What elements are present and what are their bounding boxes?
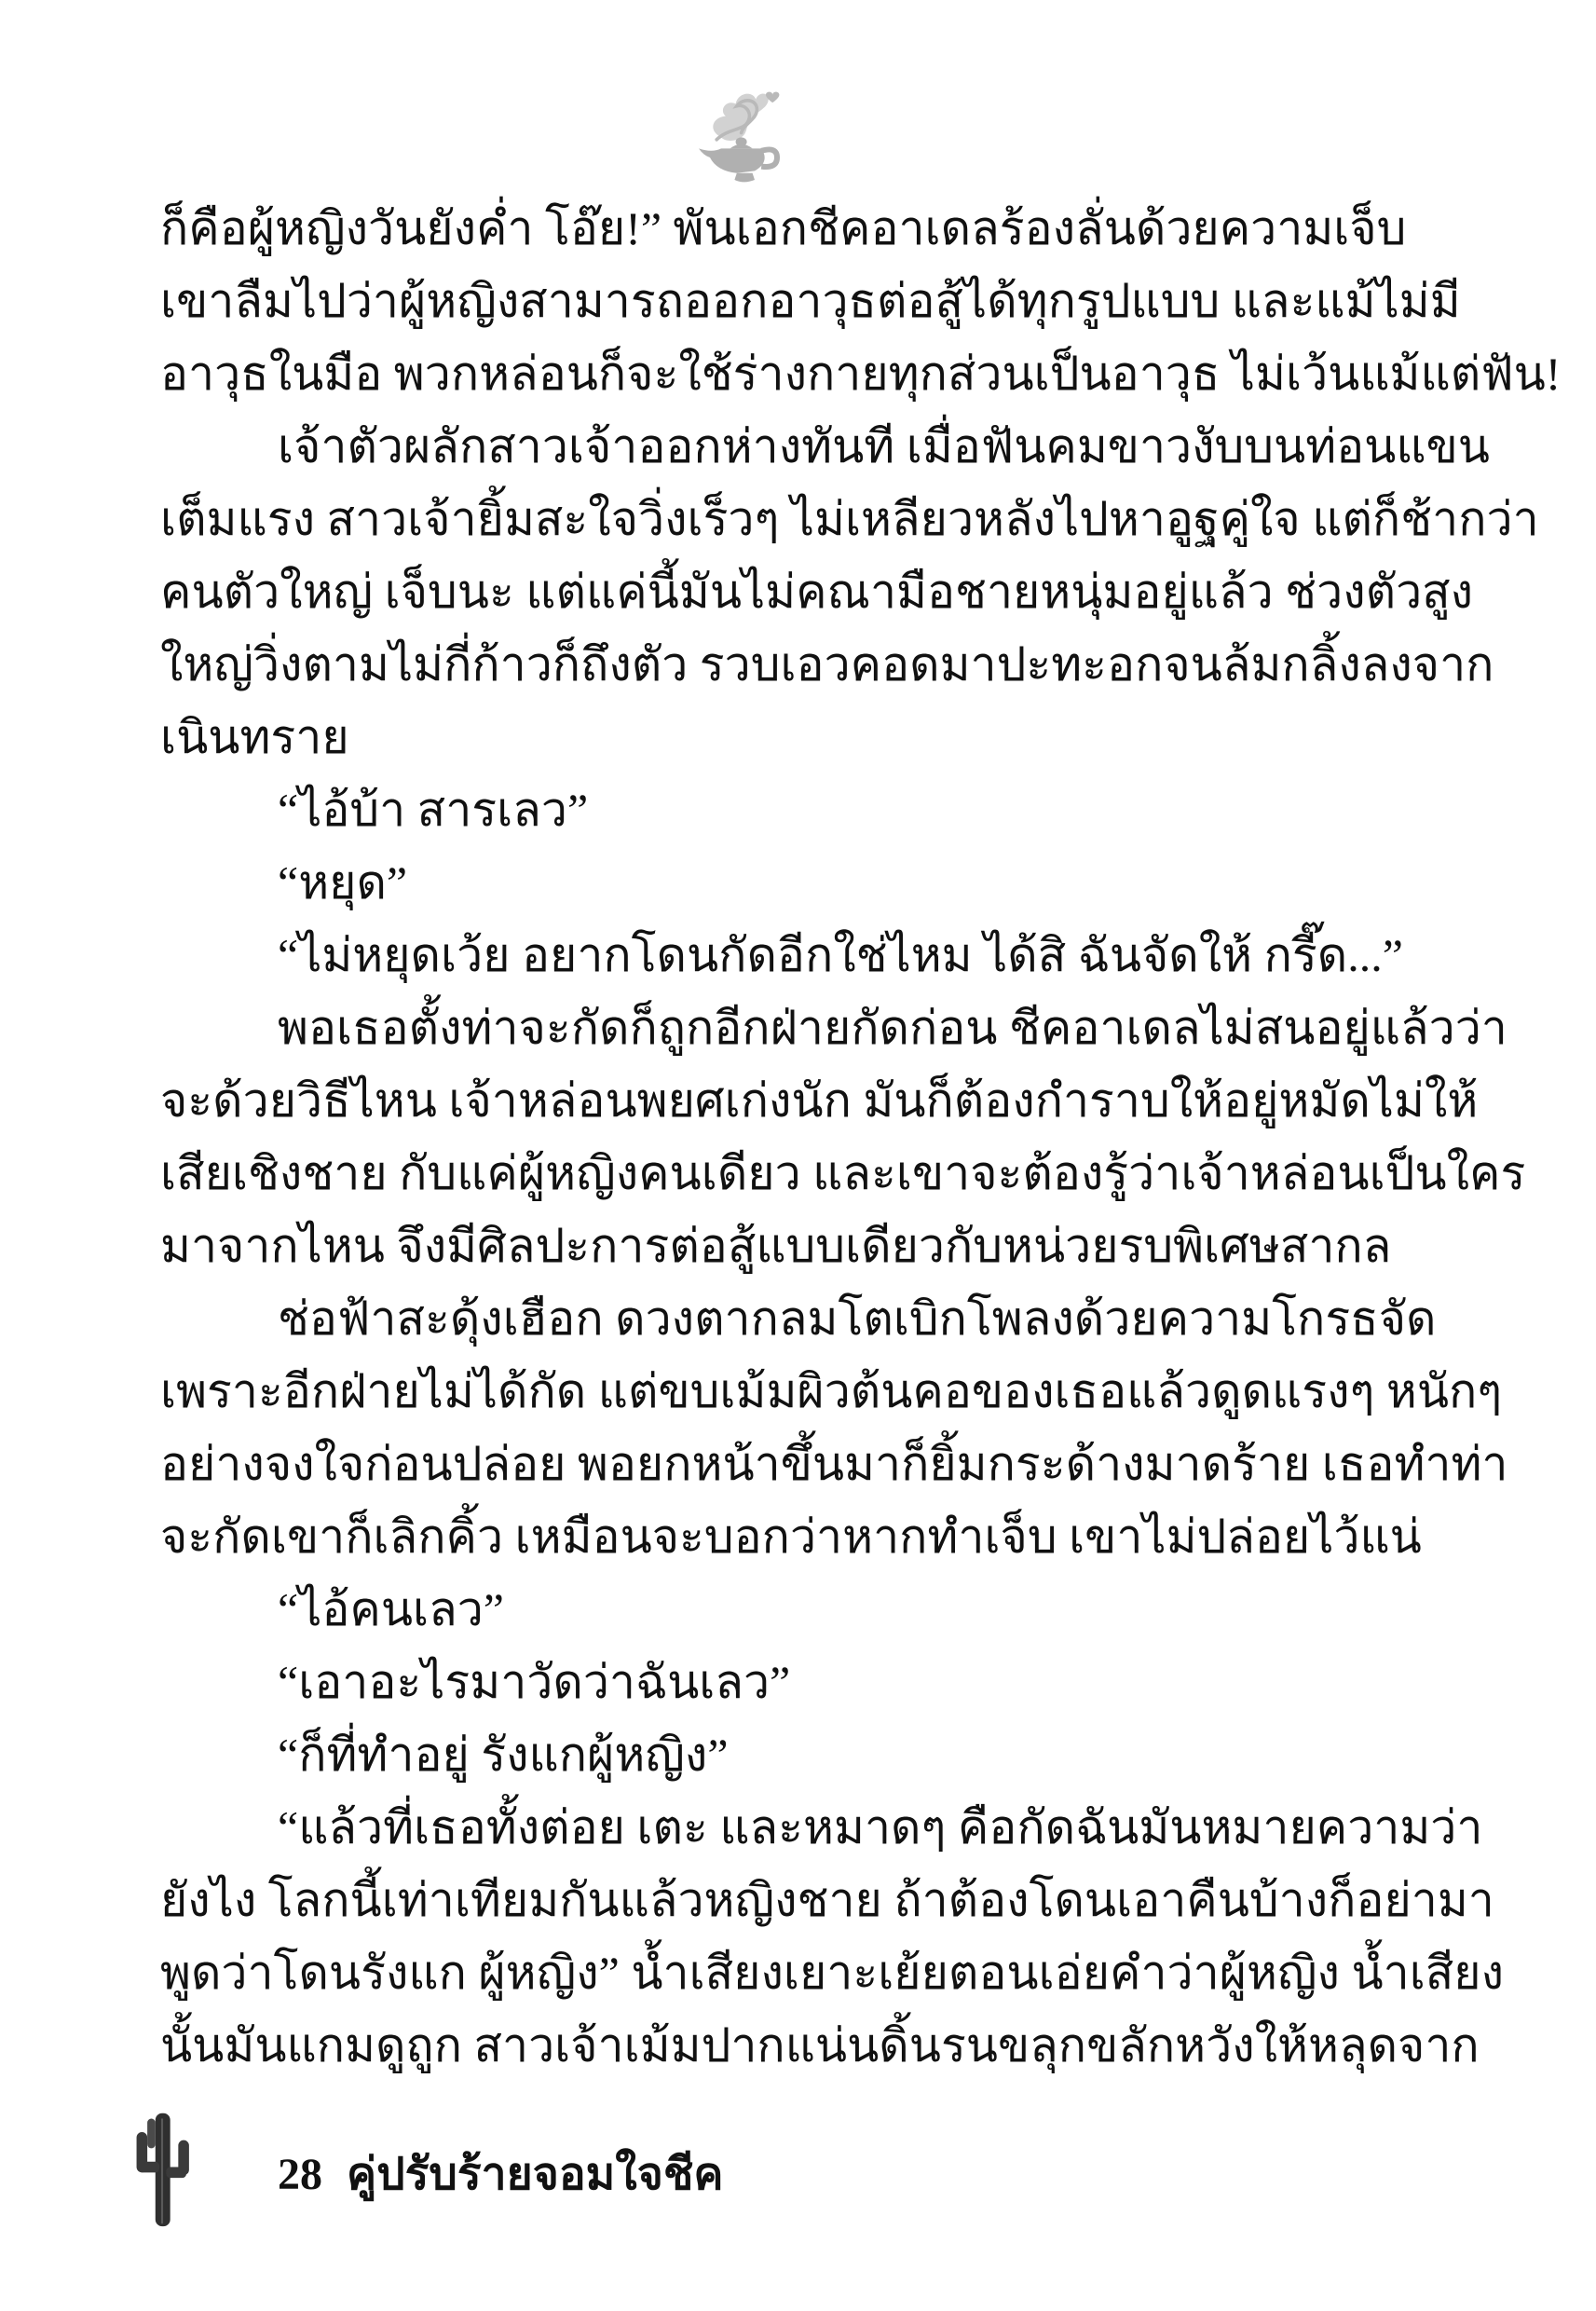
cactus-icon: [119, 2108, 205, 2229]
text-line: นั้นมันแกมดูถูก สาวเจ้าเม้มปากแน่นดิ้นรน…: [160, 2009, 1344, 2082]
cactus-left-joint: [139, 2162, 159, 2173]
footer-caption: 28 คู่ปรับร้ายจอมใจชีค: [278, 2153, 724, 2197]
text-line: เพราะอีกฝ่ายไม่ได้กัด แต่ขบเม้มผิวต้นคอข…: [160, 1355, 1344, 1428]
text-line: มาจากไหน จึงมีศิลปะการต่อสู้แบบเดียวกับห…: [160, 1210, 1344, 1282]
text-line: เจ้าตัวผลักสาวเจ้าออกห่างทันที เมื่อฟันค…: [160, 410, 1344, 483]
text-line: จะด้วยวิธีไหน เจ้าหล่อนพยศเก่งนัก มันก็ต…: [160, 1064, 1344, 1137]
text-line: คนตัวใหญ่ เจ็บนะ แต่แค่นี้มันไม่คณามือชา…: [160, 555, 1344, 628]
cactus-small-arm: [147, 2119, 156, 2149]
text-line: อย่างจงใจก่อนปล่อย พอยกหน้าขึ้นมาก็ยิ้มก…: [160, 1428, 1344, 1500]
lamp-body: [699, 148, 765, 172]
page-text-block: ก็คือผู้หญิงวันยังค่ำ โอ๊ย!” พันเอกชีคอา…: [160, 192, 1344, 2082]
genie-lamp-icon: [688, 78, 799, 192]
page-number: 28: [278, 2153, 322, 2197]
book-page: ก็คือผู้หญิงวันยังค่ำ โอ๊ย!” พันเอกชีคอา…: [0, 0, 1596, 2311]
text-line: เนินทราย: [160, 701, 1344, 773]
lamp-lid: [730, 144, 753, 149]
text-line: เต็มแรง สาวเจ้ายิ้มสะใจวิ่งเร็วๆ ไม่เหลี…: [160, 483, 1344, 555]
text-line: อาวุธในมือ พวกหล่อนก็จะใช้ร่างกายทุกส่วน…: [160, 337, 1344, 410]
text-line: ยังไง โลกนี้เท่าเทียมกันแล้วหญิงชาย ถ้าต…: [160, 1864, 1344, 1936]
book-title: คู่ปรับร้ายจอมใจชีค: [347, 2153, 724, 2197]
text-line: พูดว่าโดนรังแก ผู้หญิง” น้ำเสียงเยาะเย้ย…: [160, 1936, 1344, 2009]
text-line: “ไอ้คนเลว”: [160, 1573, 1344, 1646]
text-line: “หยุด”: [160, 846, 1344, 919]
lamp-base: [734, 173, 755, 183]
text-line: ช่อฟ้าสะดุ้งเฮือก ดวงตากลมโตเบิกโพลงด้วย…: [160, 1282, 1344, 1355]
text-line: จะกัดเขาก็เลิกคิ้ว เหมือนจะบอกว่าหากทำเจ…: [160, 1500, 1344, 1573]
text-line: พอเธอตั้งท่าจะกัดก็ถูกอีกฝ่ายกัดก่อน ชีค…: [160, 991, 1344, 1064]
text-line: “แล้วที่เธอทั้งต่อย เตะ และหมาดๆ คือกัดฉ…: [160, 1791, 1344, 1864]
text-line: เสียเชิงชาย กับแค่ผู้หญิงคนเดียว และเขาจ…: [160, 1137, 1344, 1210]
text-line: “ไม่หยุดเว้ย อยากโดนกัดอีกใช่ไหม ได้สิ ฉ…: [160, 919, 1344, 991]
text-line: ก็คือผู้หญิงวันยังค่ำ โอ๊ย!” พันเอกชีคอา…: [160, 192, 1344, 265]
page-footer: 28 คู่ปรับร้ายจอมใจชีค: [0, 2104, 1596, 2235]
text-line: “ก็ที่ทำอยู่ รังแกผู้หญิง”: [160, 1718, 1344, 1791]
text-line: “เอาอะไรมาวัดว่าฉันเลว”: [160, 1646, 1344, 1718]
text-line: “ไอ้บ้า สารเลว”: [160, 773, 1344, 846]
text-line: ใหญ่วิ่งตามไม่กี่ก้าวก็ถึงตัว รวบเอวคอดม…: [160, 628, 1344, 701]
cactus-right-joint: [166, 2167, 186, 2179]
text-line: เขาลืมไปว่าผู้หญิงสามารถออกอาวุธต่อสู้ได…: [160, 265, 1344, 337]
